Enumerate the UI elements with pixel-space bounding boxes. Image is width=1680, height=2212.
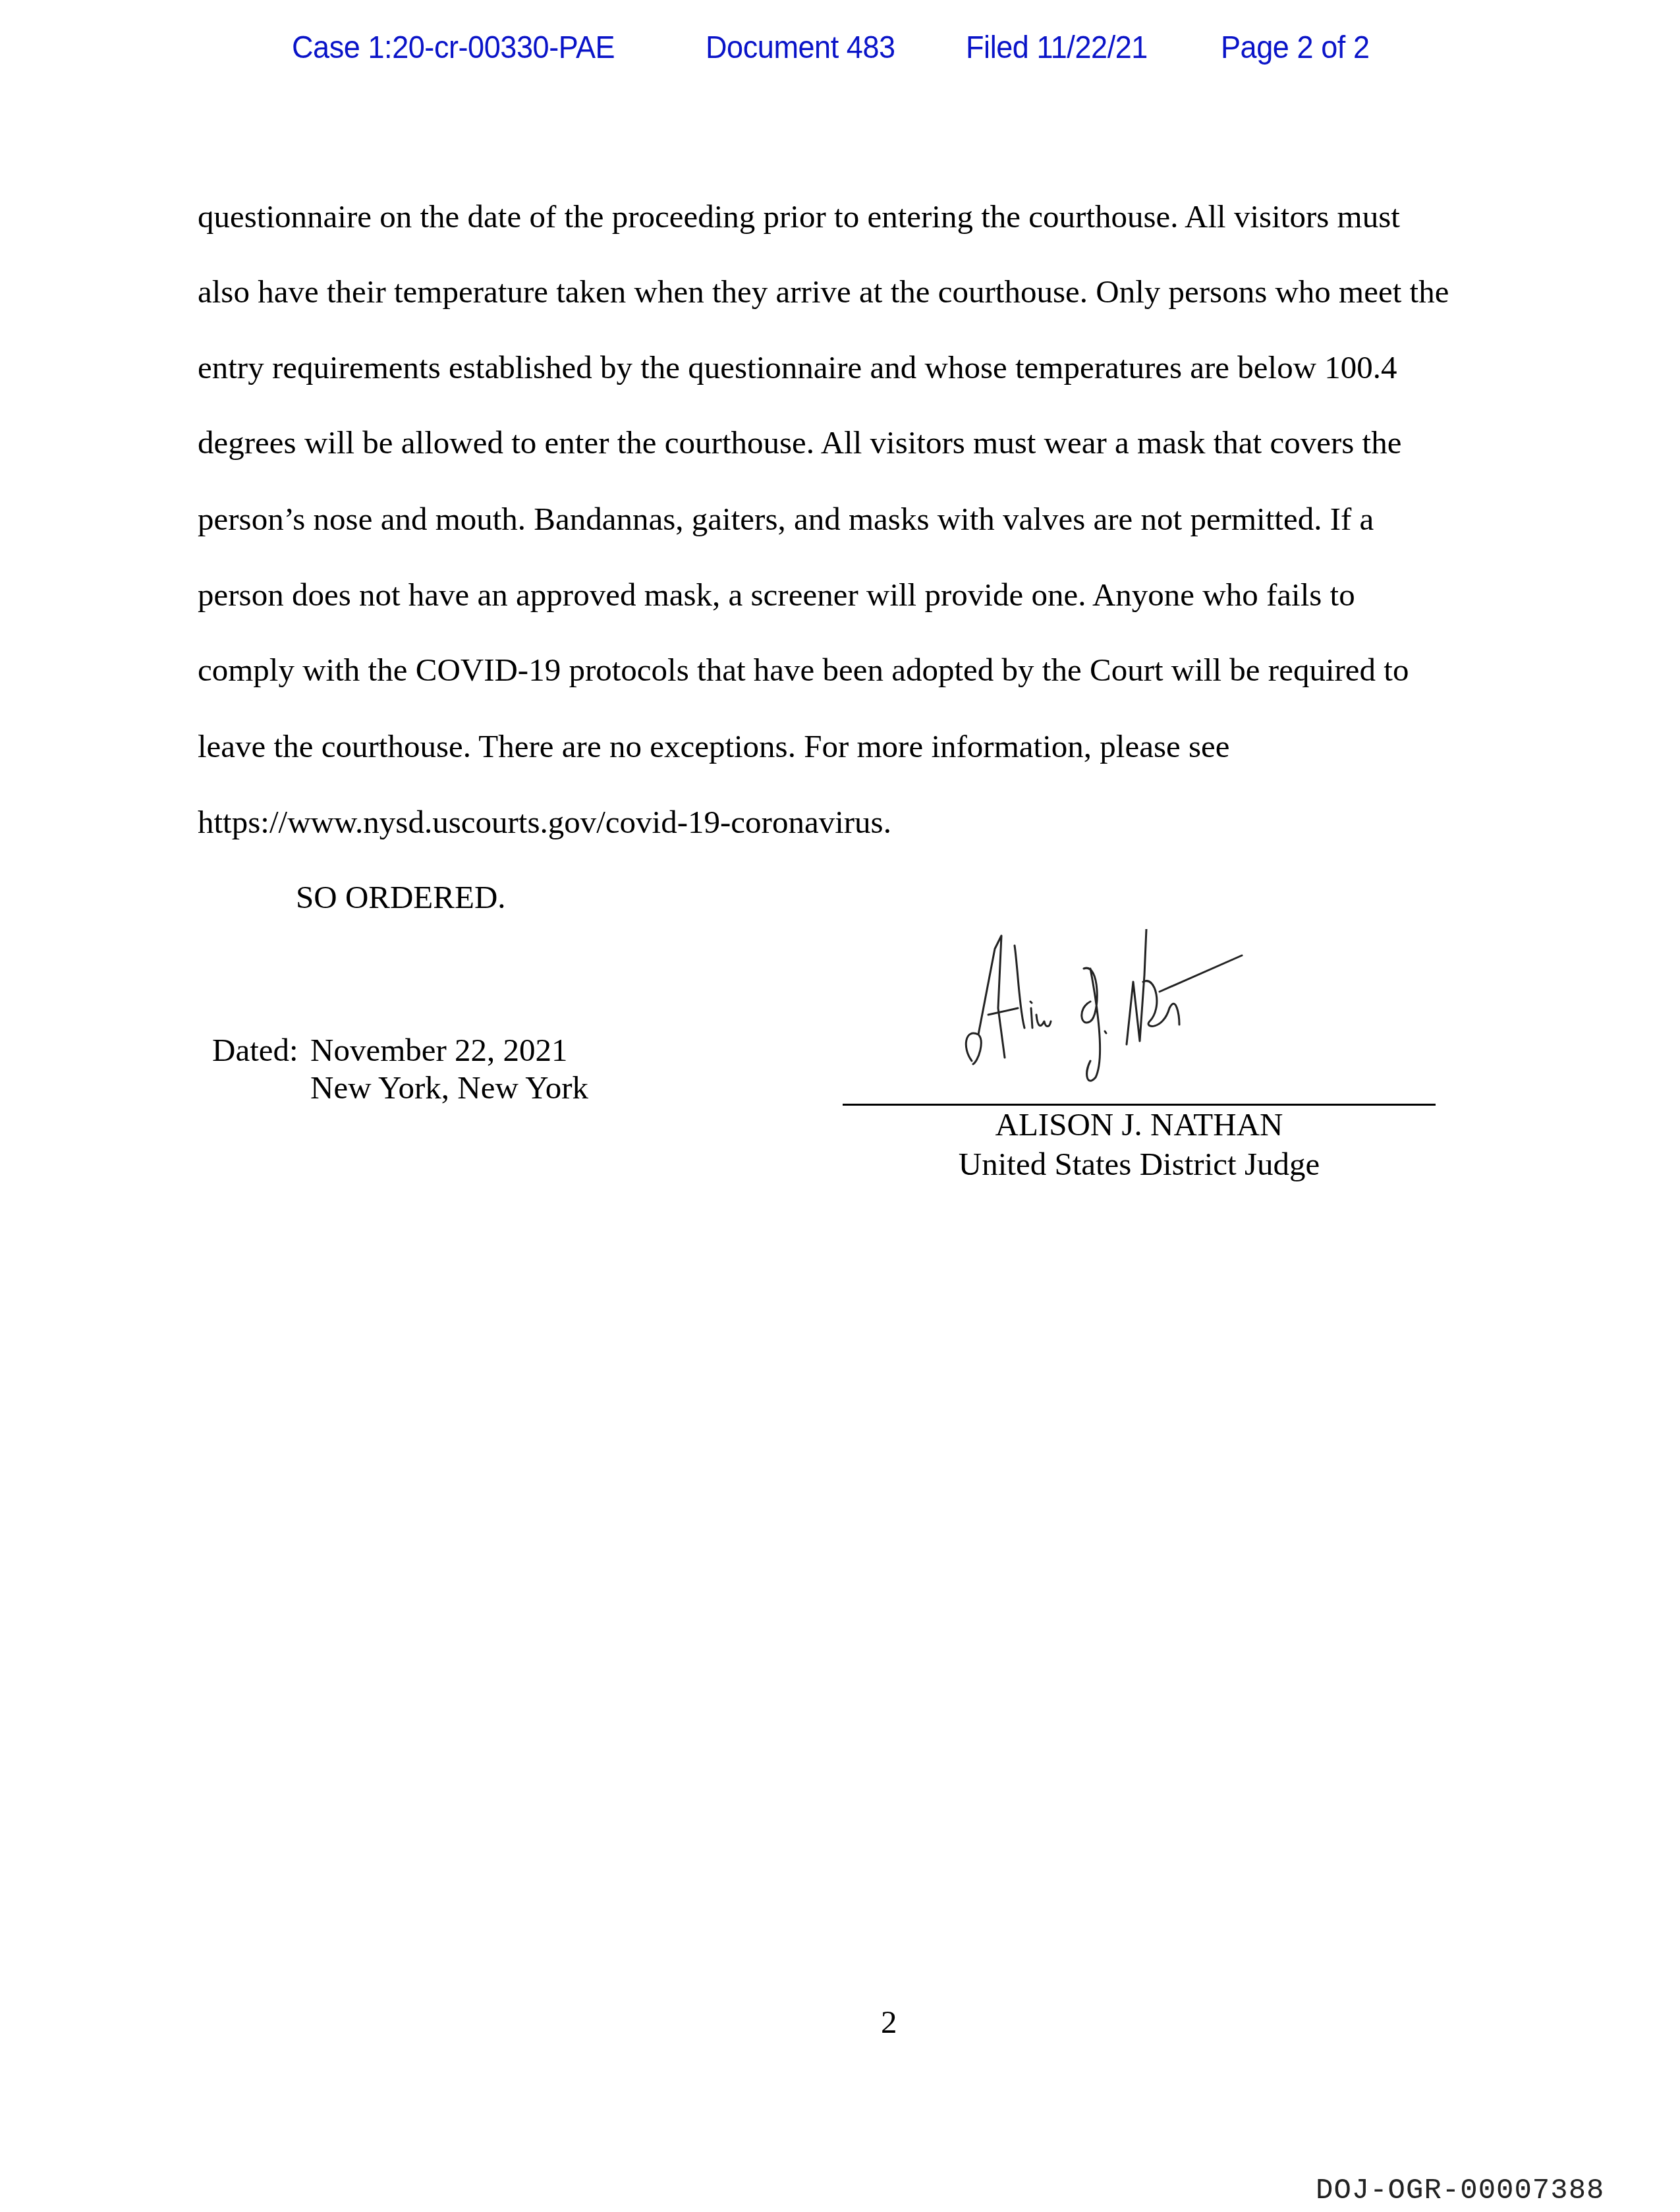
page-count: Page 2 of 2: [1221, 29, 1370, 66]
signature-icon: [959, 929, 1354, 1100]
judge-title: United States District Judge: [843, 1145, 1436, 1183]
body-line: degrees will be allowed to enter the cou…: [198, 424, 1401, 461]
filed-date: Filed 11/22/21: [966, 29, 1148, 66]
dated-place: New York, New York: [310, 1069, 588, 1106]
document-number: Document 483: [706, 29, 895, 66]
case-number: Case 1:20-cr-00330-PAE: [292, 29, 615, 66]
page-number: 2: [881, 2003, 897, 2041]
bates-number: DOJ-OGR-00007388: [1316, 2174, 1604, 2207]
body-line: also have their temperature taken when t…: [198, 273, 1449, 310]
judge-name: ALISON J. NATHAN: [843, 1106, 1436, 1143]
body-line: questionnaire on the date of the proceed…: [198, 198, 1400, 235]
dated-label: Dated:: [212, 1031, 298, 1069]
so-ordered: SO ORDERED.: [296, 878, 506, 916]
ecf-header: Case 1:20-cr-00330-PAE Document 483 File…: [0, 29, 1680, 75]
body-line: person does not have an approved mask, a…: [198, 576, 1355, 613]
dated-date: November 22, 2021: [310, 1031, 568, 1069]
body-line: entry requirements established by the qu…: [198, 349, 1397, 386]
body-line: person’s nose and mouth. Bandannas, gait…: [198, 500, 1374, 538]
body-line: comply with the COVID-19 protocols that …: [198, 651, 1409, 689]
covid-info-link: https://www.nysd.uscourts.gov/covid-19-c…: [198, 803, 891, 841]
body-line: leave the courthouse. There are no excep…: [198, 727, 1230, 765]
